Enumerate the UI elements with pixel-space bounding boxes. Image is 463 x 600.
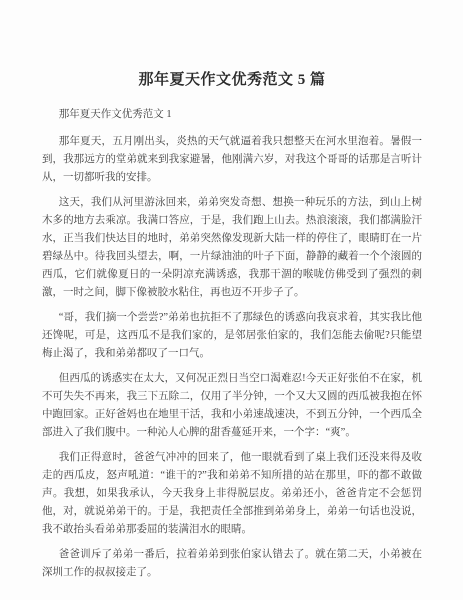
- essay-paragraph: 那年夏天，五月刚出头，炎热的天气就逼着我只想整天在河水里泡着。暑假一到，我那远方…: [42, 133, 422, 187]
- essay-paragraph: 我们正得意时，爸爸气冲冲的回来了，他一眼就看到了桌上我们还没来得及收走的西瓜皮，…: [42, 449, 422, 539]
- essay-paragraph: 爸爸训斥了弟弟一番后，拉着弟弟到张伯家认错去了。就在第二天，小弟被在深圳工作的叔…: [42, 546, 422, 582]
- essay-title: 那年夏天作文优秀范文 5 篇: [42, 68, 422, 89]
- essay-paragraph: 但西瓜的诱惑实在太大，又何况正烈日当空口渴难忍!今天正好张伯不在家，机不可失失不…: [42, 370, 422, 442]
- essay-body: 那年夏天作文优秀范文 1 那年夏天，五月刚出头，炎热的天气就逼着我只想整天在河水…: [42, 106, 422, 582]
- essay-subtitle: 那年夏天作文优秀范文 1: [42, 106, 422, 124]
- essay-paragraph: 这天，我们从河里游泳回来，弟弟突发奇想、想换一种玩乐的方法，到山上树木多的地方去…: [42, 194, 422, 302]
- essay-paragraph: “哥，我们摘一个尝尝?”弟弟也抗拒不了那绿色的诱惑向我哀求着，其实我比他还馋呢，…: [42, 309, 422, 363]
- document-page: 那年夏天作文优秀范文 5 篇 那年夏天作文优秀范文 1 那年夏天，五月刚出头，炎…: [0, 0, 463, 600]
